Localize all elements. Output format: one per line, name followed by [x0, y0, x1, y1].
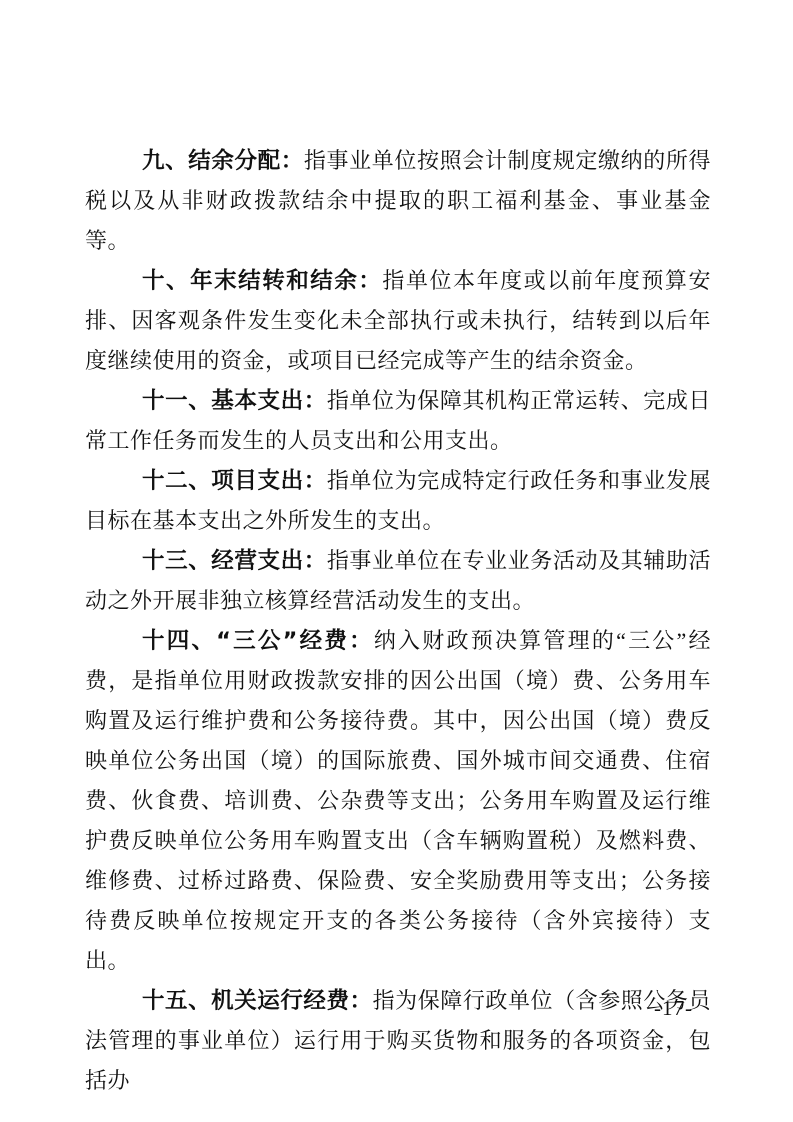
paragraph-15: 十五、机关运行经费：指为保障行政单位（含参照公务员法管理的事业单位）运行用于购买… [85, 981, 711, 1101]
paragraph-14: 十四、“三公”经费：纳入财政预决算管理的“三公”经费，是指单位用财政拨款安排的因… [85, 621, 711, 981]
term-heading: 十二、项目支出： [142, 468, 327, 494]
term-heading: 十一、基本支出： [142, 388, 327, 414]
document-page: 九、结余分配：指事业单位按照会计制度规定缴纳的所得税以及从非财政拨款结余中提取的… [0, 0, 793, 1122]
term-heading: 十、年末结转和结余： [142, 268, 382, 294]
paragraph-13: 十三、经营支出：指事业单位在专业业务活动及其辅助活动之外开展非独立核算经营活动发… [85, 541, 711, 621]
term-heading: 九、结余分配： [142, 148, 304, 174]
term-definition: 纳入财政预决算管理的“三公”经费，是指单位用财政拨款安排的因公出国（境）费、公务… [85, 628, 711, 973]
term-heading: 十五、机关运行经费： [142, 988, 373, 1014]
paragraph-10: 十、年末结转和结余：指单位本年度或以前年度预算安排、因客观条件发生变化未全部执行… [85, 261, 711, 381]
paragraph-11: 十一、基本支出：指单位为保障其机构正常运转、完成日常工作任务而发生的人员支出和公… [85, 381, 711, 461]
term-heading: 十四、“三公”经费： [142, 628, 374, 654]
page-number: -17- [654, 996, 693, 1021]
paragraph-12: 十二、项目支出：指单位为完成特定行政任务和事业发展目标在基本支出之外所发生的支出… [85, 461, 711, 541]
document-body: 九、结余分配：指事业单位按照会计制度规定缴纳的所得税以及从非财政拨款结余中提取的… [85, 141, 711, 1101]
term-heading: 十三、经营支出： [142, 548, 327, 574]
paragraph-9: 九、结余分配：指事业单位按照会计制度规定缴纳的所得税以及从非财政拨款结余中提取的… [85, 141, 711, 261]
